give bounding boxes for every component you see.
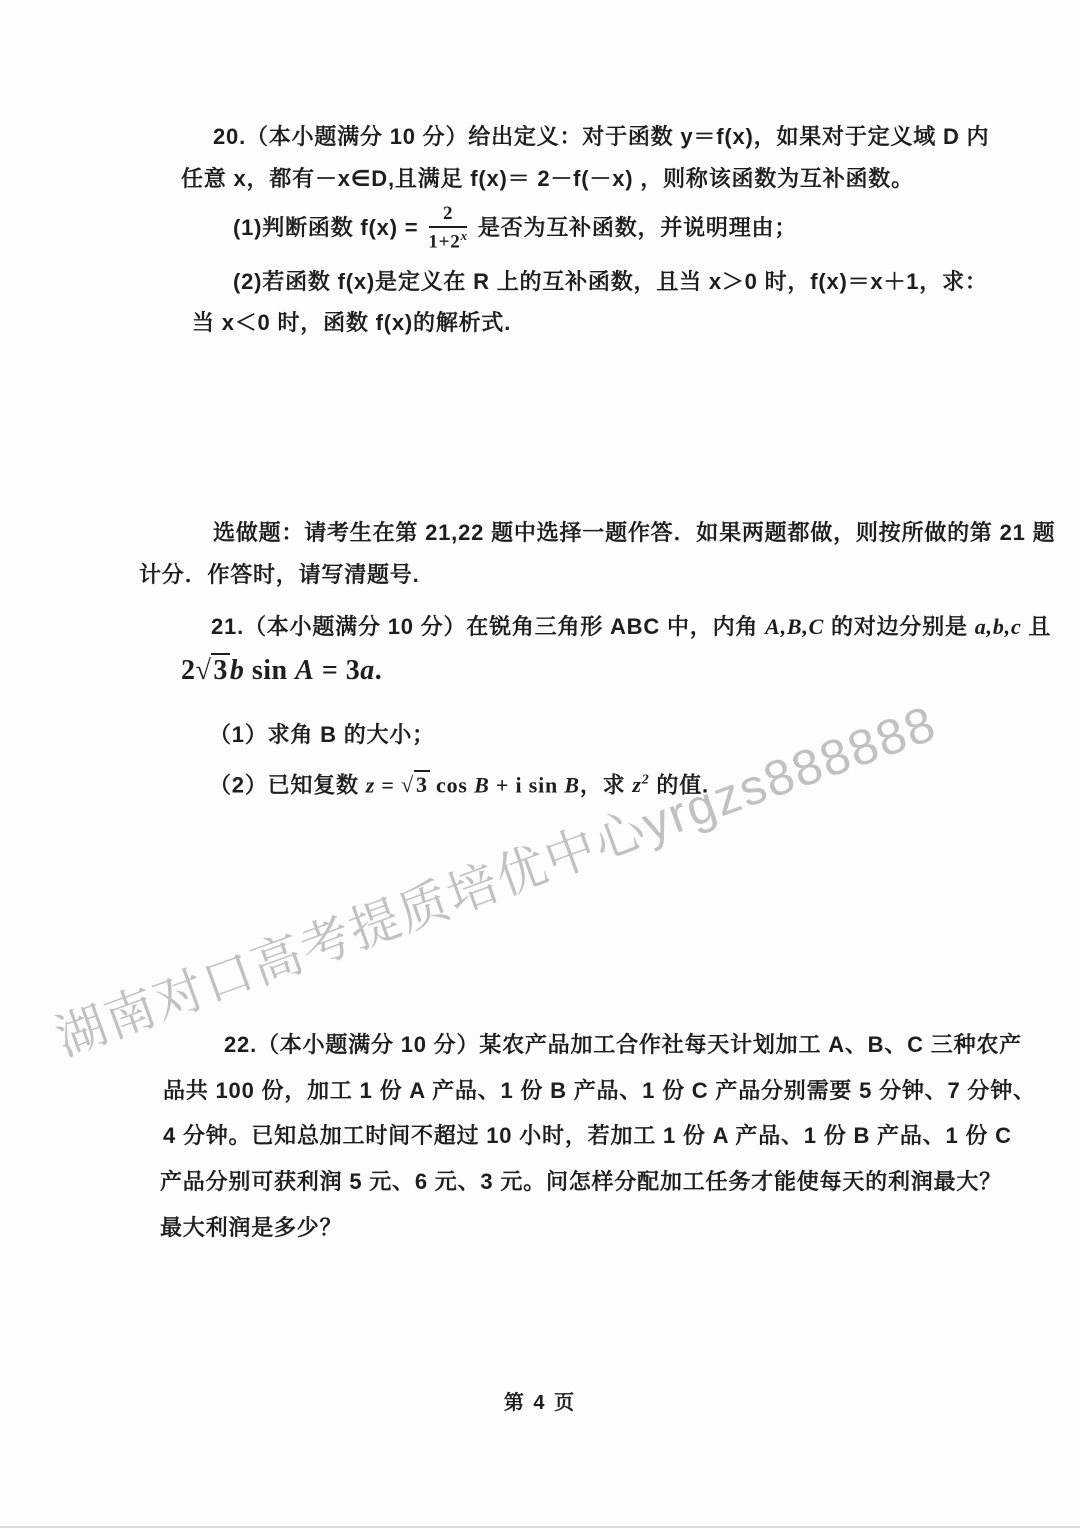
q20-part2: (2)若函数 f(x)是定义在 R 上的互补函数，且当 x＞0 时，f(x)＝x… xyxy=(233,266,988,298)
q21-plus-isin: + i sin xyxy=(490,772,565,797)
notice-line2: 计分．作答时，请写清题号. xyxy=(139,559,420,591)
eq-var-b: b xyxy=(230,655,245,686)
q21-intro-prefix: 21.（本小题满分 10 分）在锐角三角形 ABC 中，内角 xyxy=(211,614,765,639)
eq-coefficient: 2 xyxy=(181,655,196,686)
q20-part2-continuation: 当 x＜0 时，函数 f(x)的解析式. xyxy=(192,307,511,339)
q22-line5: 最大利润是多少？ xyxy=(160,1212,342,1244)
eq-var-a: a xyxy=(360,655,375,686)
q21-part2-prefix: （2）已知复数 xyxy=(209,772,366,797)
sqrt-icon: √3 xyxy=(401,769,430,801)
q21-part2-end: 的值. xyxy=(650,772,709,797)
q21-exponent: 2 xyxy=(642,773,650,788)
q21-equals: = xyxy=(375,772,401,797)
eq-sin: sin xyxy=(244,655,295,686)
fraction: 2 1+2x xyxy=(428,203,468,253)
q21-intro: 21.（本小题满分 10 分）在锐角三角形 ABC 中，内角 A,B,C 的对边… xyxy=(211,611,1051,643)
radicand: 3 xyxy=(211,653,230,686)
q21-var-z-squared: z2 xyxy=(632,772,649,797)
notice-line1: 选做题：请考生在第 21,22 题中选择一题作答．如果两题都做，则按所做的第 2… xyxy=(213,517,1055,549)
bottom-edge-line xyxy=(0,1526,1080,1528)
q21-intro-end: 且 xyxy=(1022,614,1052,639)
q21-equation: 2√3b sin A = 3a. xyxy=(181,655,382,687)
fraction-numerator: 2 xyxy=(429,203,467,228)
q21-part2: （2）已知复数 z = √3 cos B + i sin B，求 z2 的值. xyxy=(209,765,709,801)
q20-line1: 20.（本小题满分 10 分）给出定义：对于函数 y＝f(x)，如果对于定义域 … xyxy=(213,121,989,153)
q21-intro-angles: A,B,C xyxy=(765,614,824,639)
q22-line2: 品共 100 份，加工 1 份 A 产品、1 份 B 产品、1 份 C 产品分别… xyxy=(163,1075,1036,1107)
fraction-denominator-base: 1+2 xyxy=(428,231,460,252)
q22-line3: 4 分钟。已知总加工时间不超过 10 小时，若加工 1 份 A 产品、1 份 B… xyxy=(163,1120,1012,1152)
eq-rhs: = 3 xyxy=(314,655,360,686)
q21-z: z xyxy=(632,772,641,797)
radical-sign: √ xyxy=(196,655,212,686)
q21-var-B1: B xyxy=(474,772,489,797)
eq-var-A: A xyxy=(295,655,314,686)
sqrt-icon: √3 xyxy=(196,655,230,687)
radical-sign: √ xyxy=(401,772,414,797)
q21-intro-middle: 的对边分别是 xyxy=(824,614,975,639)
q22-line4: 产品分别可获利润 5 元、6 元、3 元。问怎样分配加工任务才能使每天的利润最大… xyxy=(160,1166,1002,1198)
eq-period: . xyxy=(375,655,383,686)
q22-line1: 22.（本小题满分 10 分）某农产品加工合作社每天计划加工 A、B、C 三种农… xyxy=(224,1029,1022,1061)
q20-part1: (1)判断函数 f(x) = 2 1+2x 是否为互补函数，并说明理由； xyxy=(233,203,797,253)
page-number: 第 4 页 xyxy=(0,1386,1080,1415)
radicand: 3 xyxy=(414,770,430,797)
q21-part2-middle: ，求 xyxy=(580,772,633,797)
q21-var-z: z xyxy=(366,772,375,797)
exam-page: 湖南对口高考提质培优中心yrgzs888888 20.（本小题满分 10 分）给… xyxy=(0,0,1080,1529)
watermark-text: 湖南对口高考提质培优中心yrgzs888888 xyxy=(48,695,943,1066)
q20-part1-prefix: (1)判断函数 f(x) = xyxy=(233,212,418,244)
q21-intro-sides: a,b,c xyxy=(975,614,1022,639)
q20-part1-suffix: 是否为互补函数，并说明理由； xyxy=(478,212,797,244)
q21-cos: cos xyxy=(430,772,474,797)
fraction-denominator-exponent: x xyxy=(461,228,468,243)
q21-var-B2: B xyxy=(564,772,579,797)
fraction-denominator: 1+2x xyxy=(428,228,468,253)
q20-line2: 任意 x，都有－x∈D,且满足 f(x)＝ 2－f(－x) ，则称该函数为互补函… xyxy=(181,163,914,195)
q21-part1: （1）求角 B 的大小； xyxy=(209,719,435,751)
